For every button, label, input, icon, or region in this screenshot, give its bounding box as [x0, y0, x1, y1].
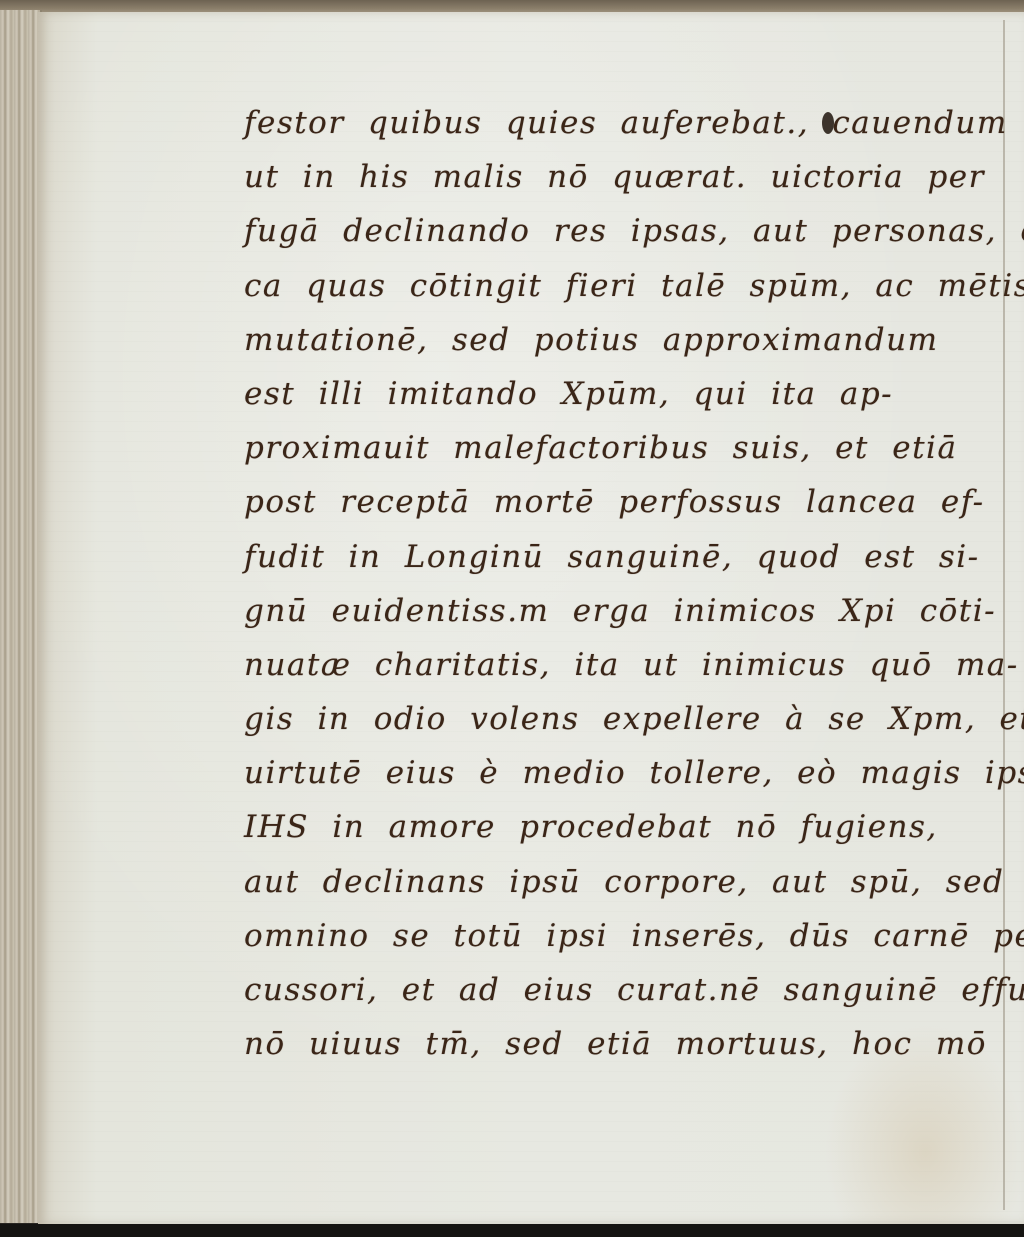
- text-line: festor quibus quies auferebat., cauendum…: [244, 96, 924, 150]
- handwritten-text-block: festor quibus quies auferebat., cauendum…: [244, 96, 924, 1071]
- page-stack-edge: [0, 10, 42, 1223]
- book-bottom-edge: [0, 1224, 1024, 1237]
- text-line: nō uiuus tm̄, sed etiā mortuus, hoc mō: [244, 1017, 924, 1071]
- text-line: omnino se totū ipsi inserēs, dūs carnē p…: [244, 909, 924, 963]
- page-fore-edge: [1003, 20, 1005, 1210]
- text-line: aut declinans ipsū corpore, aut spū, sed: [244, 855, 924, 909]
- text-line: cussori, et ad eius curat.nē sanguinē ef…: [244, 963, 924, 1017]
- text-line: gis in odio volens expellere à se Xpm, e…: [244, 692, 924, 746]
- text-line: ca quas cōtingit fieri talē spūm, ac mēt…: [244, 259, 924, 313]
- text-line: mutationē, sed potius approximandum: [244, 313, 924, 367]
- text-line: gnū euidentiss.m erga inimicos Xpi cōti-: [244, 584, 924, 638]
- text-line: nuatæ charitatis, ita ut inimicus quō ma…: [244, 638, 924, 692]
- text-line: proximauit malefactoribus suis, et etiā: [244, 421, 924, 475]
- text-line: fugā declinando res ipsas, aut personas,…: [244, 204, 924, 258]
- text-line: fudit in Longinū sanguinē, quod est si-: [244, 530, 924, 584]
- text-line: uirtutē eius è medio tollere, eò magis i…: [244, 746, 924, 800]
- text-line: ut in his malis nō quærat. uictoria per: [244, 150, 924, 204]
- text-line: IHS in amore procedebat nō fugiens,: [244, 800, 924, 854]
- text-line: est illi imitando Xpūm, qui ita ap-: [244, 367, 924, 421]
- text-line: post receptā mortē perfossus lancea ef-: [244, 475, 924, 529]
